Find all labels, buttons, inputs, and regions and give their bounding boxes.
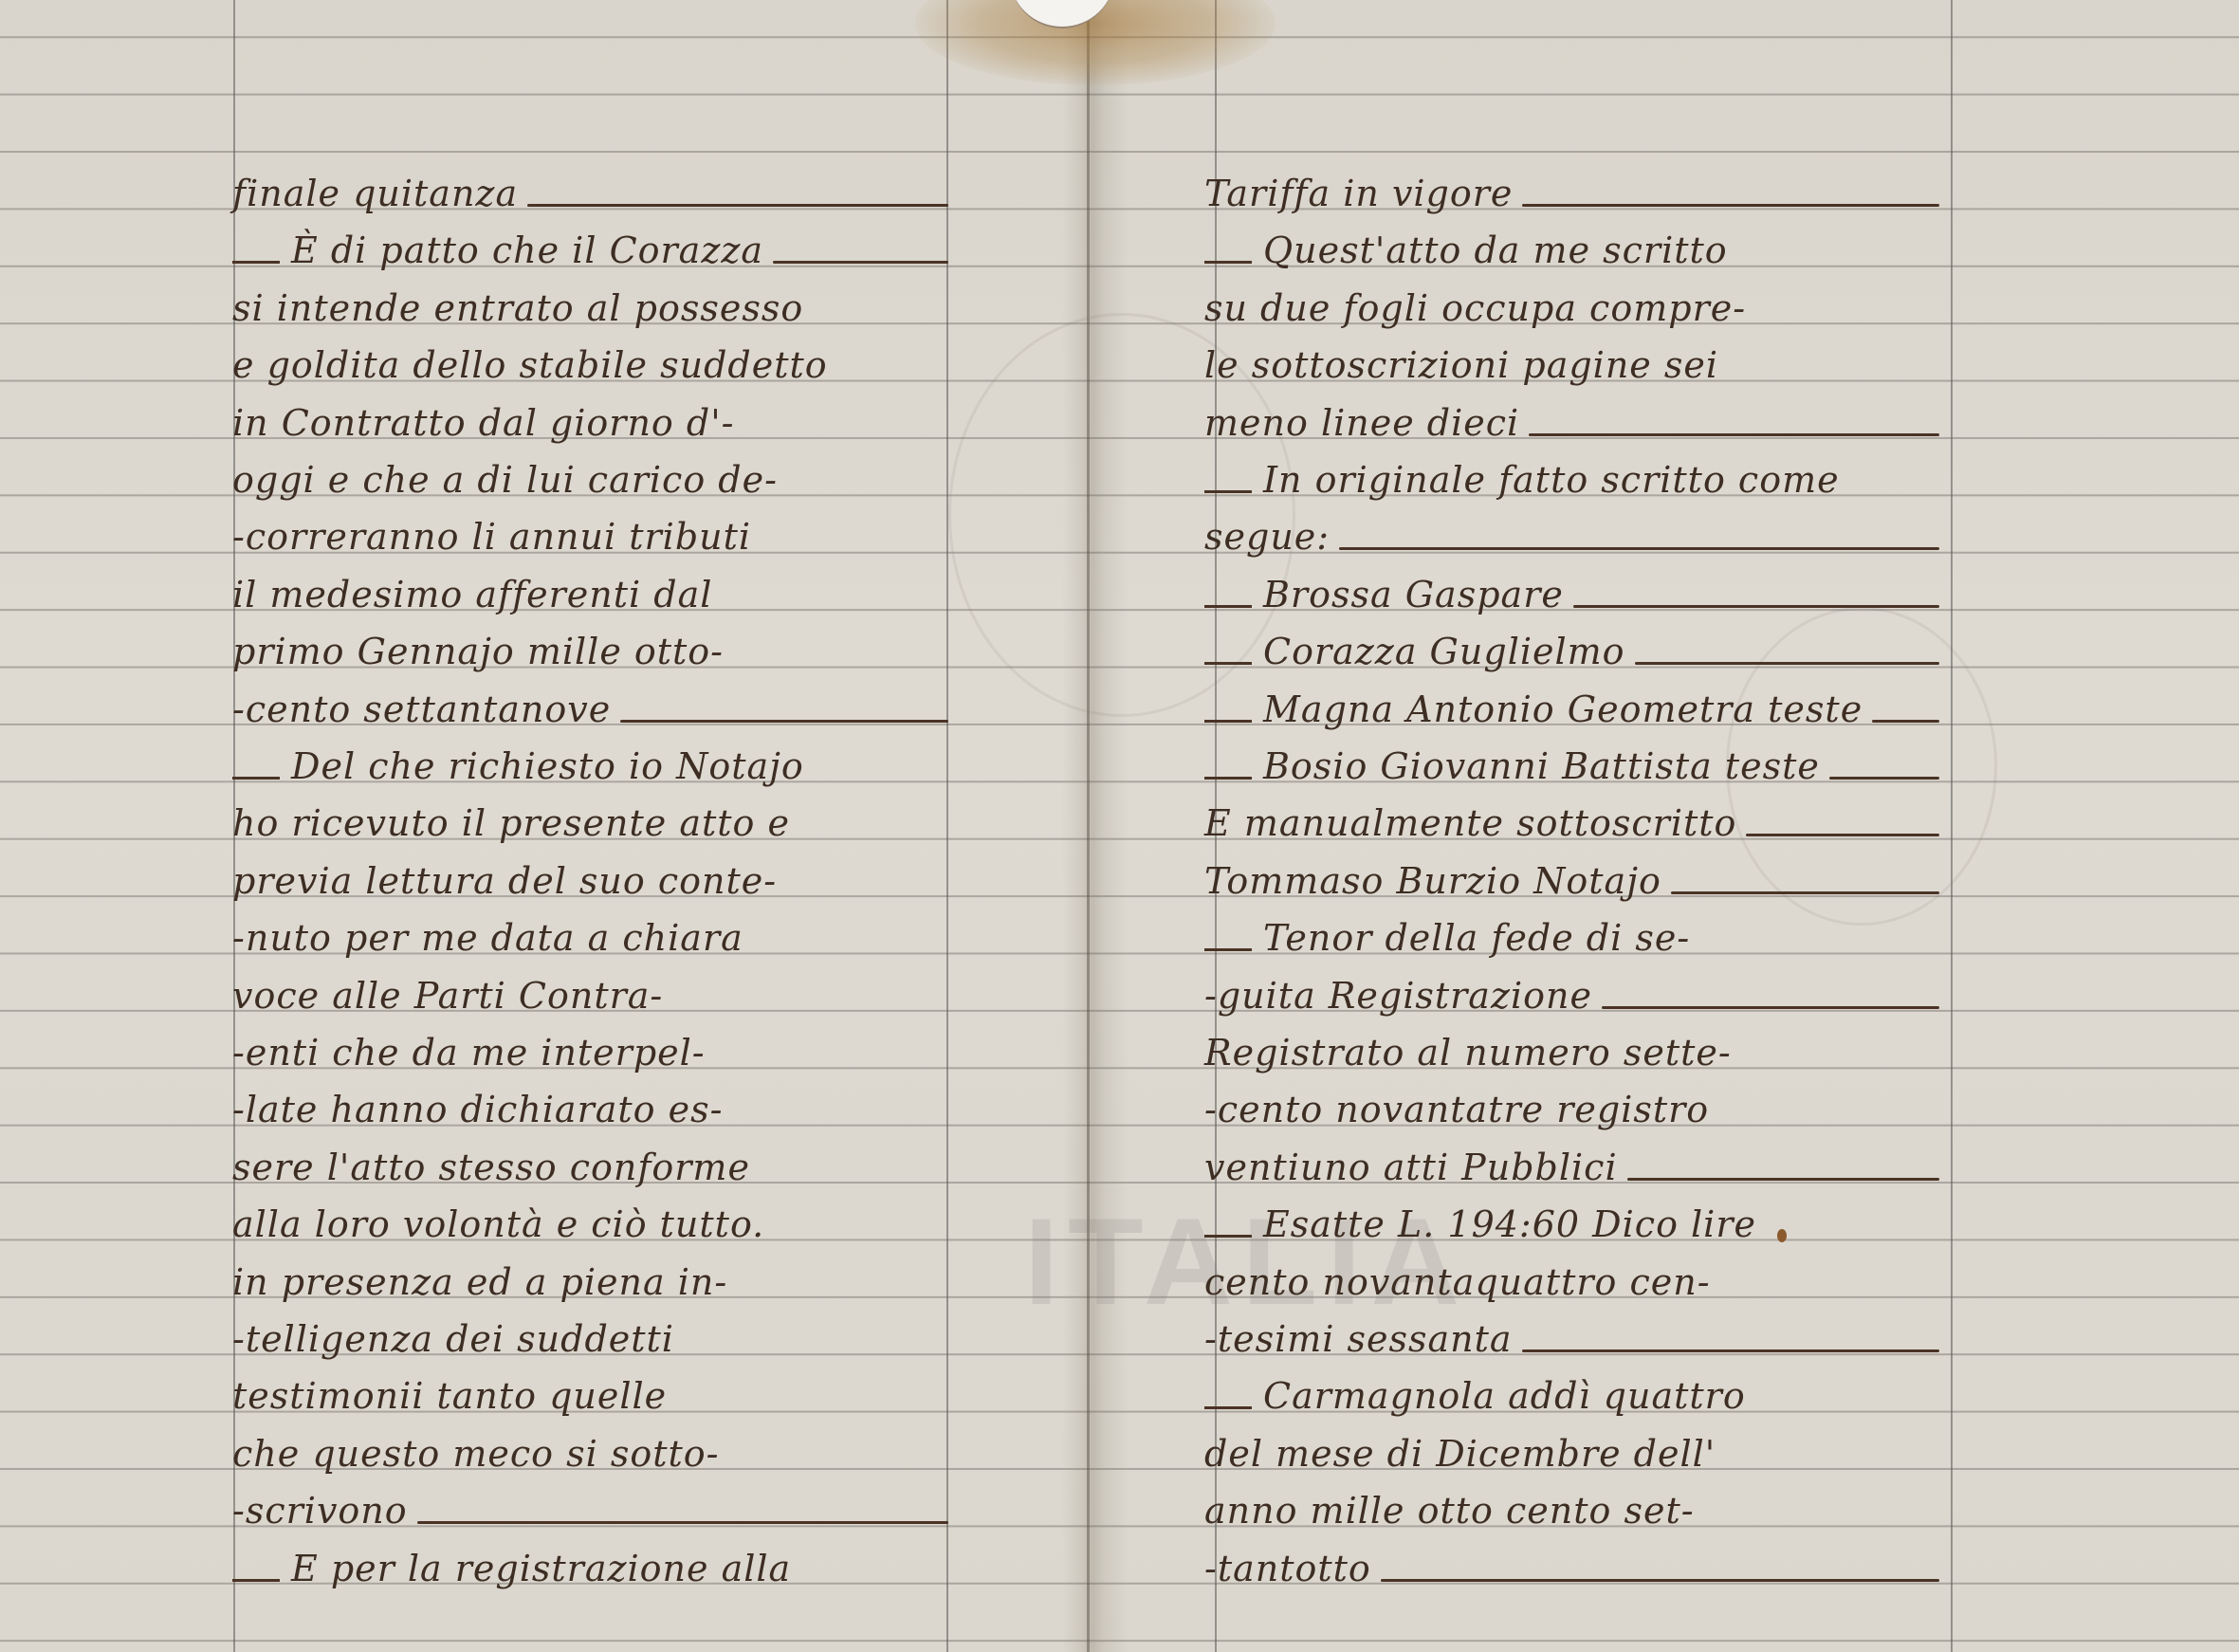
handwritten-line: In originale fatto scritto come [1204,450,1939,506]
line-filler-dash [773,261,948,264]
leading-dash [1204,662,1252,665]
handwritten-line: -telligenza dei suddetti [232,1309,948,1366]
handwritten-line: sere l'atto stesso conforme [232,1137,948,1194]
line-filler-dash [1381,1579,1939,1582]
line-text: -cento novantatre registro [1204,1089,1709,1136]
leading-dash [1204,605,1252,608]
line-text: Tenor della fede di se- [1263,917,1690,964]
handwritten-line: e goldita dello stabile suddetto [232,335,948,392]
line-filler-dash [1746,834,1939,836]
handwritten-line: finale quitanza [232,163,948,220]
handwritten-line: primo Gennajo mille otto- [232,621,948,678]
handwritten-line: il medesimo afferenti dal [232,564,948,621]
handwritten-line: Brossa Gaspare [1204,564,1939,621]
handwritten-line: ho ricevuto il presente atto e [232,793,948,850]
line-filler-dash [1339,547,1939,550]
handwritten-line: -nuto per me data a chiara [232,908,948,964]
line-text: e goldita dello stabile suddetto [232,344,828,392]
line-text: alla loro volontà e ciò tutto. [232,1203,764,1251]
line-text: Brossa Gaspare [1263,574,1564,621]
right-page: Tariffa in vigoreQuest'atto da me scritt… [1204,0,1939,1652]
line-text: -enti che da me interpel- [232,1032,706,1079]
line-filler-dash [620,720,948,723]
line-text: voce alle Parti Contra- [232,975,663,1022]
leading-dash [1204,1406,1252,1409]
line-text: in presenza ed a piena in- [232,1261,727,1309]
leading-dash [1204,948,1252,951]
handwritten-line: Quest'atto da me scritto [1204,220,1939,277]
handwritten-line: in presenza ed a piena in- [232,1252,948,1309]
line-text: Magna Antonio Geometra teste [1263,688,1863,736]
line-text: anno mille otto cento set- [1204,1490,1695,1537]
handwritten-line: Tariffa in vigore [1204,163,1939,220]
line-text: finale quitanza [232,173,518,220]
left-page: finale quitanzaÈ di patto che il Corazza… [232,0,948,1652]
line-text: In originale fatto scritto come [1263,459,1840,506]
line-text: Tommaso Burzio Notajo [1204,860,1661,908]
line-text: meno linee dieci [1204,402,1519,450]
line-text: Carmagnola addì quattro [1263,1375,1746,1423]
handwritten-line: -cento novantatre registro [1204,1079,1939,1136]
line-filler-dash [1522,1349,1939,1352]
line-text: -guita Registrazione [1204,975,1592,1022]
line-text: Esatte L. 194:60 Dico lire [1263,1203,1756,1251]
line-text: il medesimo afferenti dal [232,574,712,621]
line-text: su due fogli occupa compre- [1204,287,1746,335]
handwritten-line: E manualmente sottoscritto [1204,793,1939,850]
line-text: Bosio Giovanni Battista teste [1263,745,1820,793]
leading-dash [1204,490,1252,493]
handwritten-line: -late hanno dichiarato es- [232,1079,948,1136]
handwritten-line: in Contratto dal giorno d'- [232,393,948,450]
line-filler-dash [1671,891,1939,894]
line-filler-dash [1829,777,1939,780]
line-text: Registrato al numero sette- [1204,1032,1732,1079]
line-text: oggi e che a di lui carico de- [232,459,778,506]
handwritten-line: previa lettura del suo conte- [232,851,948,908]
document-spread: ITALIA finale quitanzaÈ di patto che il … [0,0,2239,1652]
handwritten-line: Registrato al numero sette- [1204,1022,1939,1079]
line-text: sere l'atto stesso conforme [232,1147,750,1194]
line-text: del mese di Dicembre dell' [1204,1433,1716,1480]
line-text: che questo meco si sotto- [232,1433,719,1480]
line-text: si intende entrato al possesso [232,287,803,335]
line-text: -scrivono [232,1490,408,1537]
leading-dash [232,1579,280,1582]
line-text: cento novantaquattro cen- [1204,1261,1711,1309]
handwritten-line: Tommaso Burzio Notajo [1204,851,1939,908]
line-text: -tantotto [1204,1548,1371,1595]
handwritten-line: si intende entrato al possesso [232,278,948,335]
handwritten-line: del mese di Dicembre dell' [1204,1423,1939,1480]
line-text: le sottoscrizioni pagine sei [1204,344,1718,392]
line-filler-dash [1522,204,1939,207]
handwritten-line: Corazza Guglielmo [1204,621,1939,678]
handwritten-line: Bosio Giovanni Battista teste [1204,736,1939,793]
handwritten-line: le sottoscrizioni pagine sei [1204,335,1939,392]
handwritten-line: Esatte L. 194:60 Dico lire [1204,1194,1939,1251]
line-text: -cento settantanove [232,688,611,736]
line-text: -late hanno dichiarato es- [232,1089,723,1136]
line-text: E per la registrazione alla [291,1548,791,1595]
leading-dash [1204,261,1252,264]
handwritten-line: -tantotto [1204,1538,1939,1595]
handwritten-line: che questo meco si sotto- [232,1423,948,1480]
line-filler-dash [1602,1006,1939,1009]
line-text: È di patto che il Corazza [291,229,763,277]
line-text: segue: [1204,516,1330,563]
line-text: in Contratto dal giorno d'- [232,402,735,450]
handwritten-line: testimonii tanto quelle [232,1366,948,1423]
line-text: -tesimi sessanta [1204,1318,1513,1366]
handwritten-line: -enti che da me interpel- [232,1022,948,1079]
line-text: Quest'atto da me scritto [1263,229,1728,277]
handwritten-line: oggi e che a di lui carico de- [232,450,948,506]
line-text: Corazza Guglielmo [1263,631,1625,678]
line-filler-dash [1627,1178,1939,1181]
line-text: Tariffa in vigore [1204,173,1513,220]
leading-dash [232,261,280,264]
leading-dash [1204,777,1252,780]
leading-dash [1204,1235,1252,1238]
handwritten-line: -scrivono [232,1480,948,1537]
handwritten-line: Magna Antonio Geometra teste [1204,679,1939,736]
handwritten-line: -tesimi sessanta [1204,1309,1939,1366]
line-text: -correranno li annui tributi [232,516,751,563]
handwritten-line: ventiuno atti Pubblici [1204,1137,1939,1194]
line-filler-dash [1635,662,1939,665]
handwritten-line: È di patto che il Corazza [232,220,948,277]
leading-dash [232,777,280,780]
line-text: ventiuno atti Pubblici [1204,1147,1618,1194]
handwritten-line: Carmagnola addì quattro [1204,1366,1939,1423]
line-text: -nuto per me data a chiara [232,917,743,964]
line-text: primo Gennajo mille otto- [232,631,724,678]
line-filler-dash [1573,605,1939,608]
line-text: ho ricevuto il presente atto e [232,802,790,850]
leading-dash [1204,720,1252,723]
line-filler-dash [527,204,948,207]
line-text: E manualmente sottoscritto [1204,802,1736,850]
line-text: -telligenza dei suddetti [232,1318,674,1366]
handwritten-line: Del che richiesto io Notajo [232,736,948,793]
line-filler-dash [1529,433,1939,436]
handwritten-line: -guita Registrazione [1204,965,1939,1022]
handwritten-line: -cento settantanove [232,679,948,736]
handwritten-line: segue: [1204,506,1939,563]
handwritten-line: -correranno li annui tributi [232,506,948,563]
line-text: previa lettura del suo conte- [232,860,777,908]
handwritten-line: meno linee dieci [1204,393,1939,450]
handwritten-line: cento novantaquattro cen- [1204,1252,1939,1309]
line-filler-dash [1872,720,1939,723]
handwritten-line: su due fogli occupa compre- [1204,278,1939,335]
line-text: Del che richiesto io Notajo [291,745,804,793]
handwritten-line: E per la registrazione alla [232,1538,948,1595]
line-text: testimonii tanto quelle [232,1375,667,1423]
handwritten-line: anno mille otto cento set- [1204,1480,1939,1537]
handwritten-line: voce alle Parti Contra- [232,965,948,1022]
center-fold [1087,0,1090,1652]
handwritten-line: Tenor della fede di se- [1204,908,1939,964]
handwritten-line: alla loro volontà e ciò tutto. [232,1194,948,1251]
line-filler-dash [417,1521,948,1524]
